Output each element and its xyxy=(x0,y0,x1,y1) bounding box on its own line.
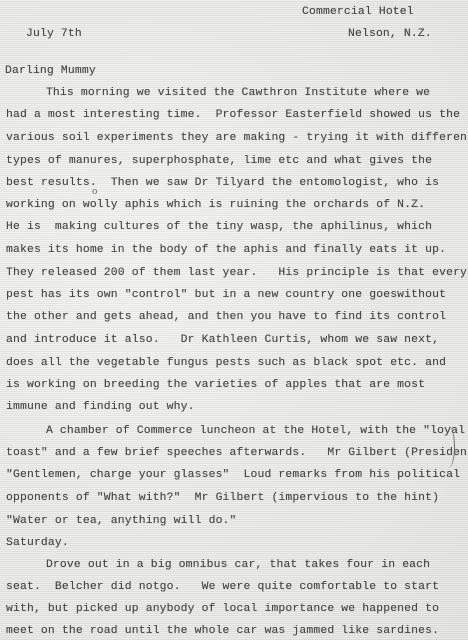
body-line: various soil experiments they are making… xyxy=(6,131,468,145)
body-line: immune and finding out why. xyxy=(6,400,195,414)
body-line: with, but picked up anybody of local imp… xyxy=(6,602,439,616)
body-line: pest has its own "control" but in a new … xyxy=(6,288,446,302)
body-line: the other and gets ahead, and then you h… xyxy=(6,310,446,324)
handwritten-bracket-mark xyxy=(442,426,455,468)
salutation: Darling Mummy xyxy=(5,64,96,78)
body-line: types of manures, superphosphate, lime e… xyxy=(6,154,432,168)
body-line: Drove out in a big omnibus car, that tak… xyxy=(18,558,430,572)
body-line: makes its home in the body of the aphis … xyxy=(6,243,446,257)
body-line: They released 200 of them last year. His… xyxy=(6,266,467,280)
body-line: He is making cultures of the tiny wasp, … xyxy=(6,220,432,234)
letterhead-hotel: Commercial Hotel xyxy=(302,5,414,19)
body-line: toast" and a few brief speeches afterwar… xyxy=(6,446,468,460)
body-line: is working on breeding the varieties of … xyxy=(6,378,425,392)
body-line: meet on the road until the whole car was… xyxy=(6,624,439,638)
body-line: best results. Then we saw Dr Tilyard the… xyxy=(6,176,439,190)
typewritten-letter-page: Commercial Hotel July 7th Nelson, N.Z. D… xyxy=(0,0,468,640)
body-line: opponents of "What with?" Mr Gilbert (im… xyxy=(6,491,439,505)
letterhead-location: Nelson, N.Z. xyxy=(348,27,432,41)
body-line: seat. Belcher did notgo. We were quite c… xyxy=(6,580,439,594)
body-line: and introduce it also. Dr Kathleen Curti… xyxy=(6,333,439,347)
body-line: does all the vegetable fungus pests such… xyxy=(6,356,446,370)
body-line: had a most interesting time. Professor E… xyxy=(6,108,460,122)
body-line: "Water or tea, anything will do." xyxy=(6,514,237,528)
section-heading-saturday: Saturday. xyxy=(6,536,69,550)
letter-date: July 7th xyxy=(26,27,82,41)
body-line: working on wolly aphis which is ruining … xyxy=(6,198,425,212)
body-line: "Gentlemen, charge your glasses" Loud re… xyxy=(6,468,460,482)
handwritten-correction: o xyxy=(92,187,97,197)
body-line: A chamber of Commerce luncheon at the Ho… xyxy=(18,424,465,438)
body-line: This morning we visited the Cawthron Ins… xyxy=(18,86,430,100)
